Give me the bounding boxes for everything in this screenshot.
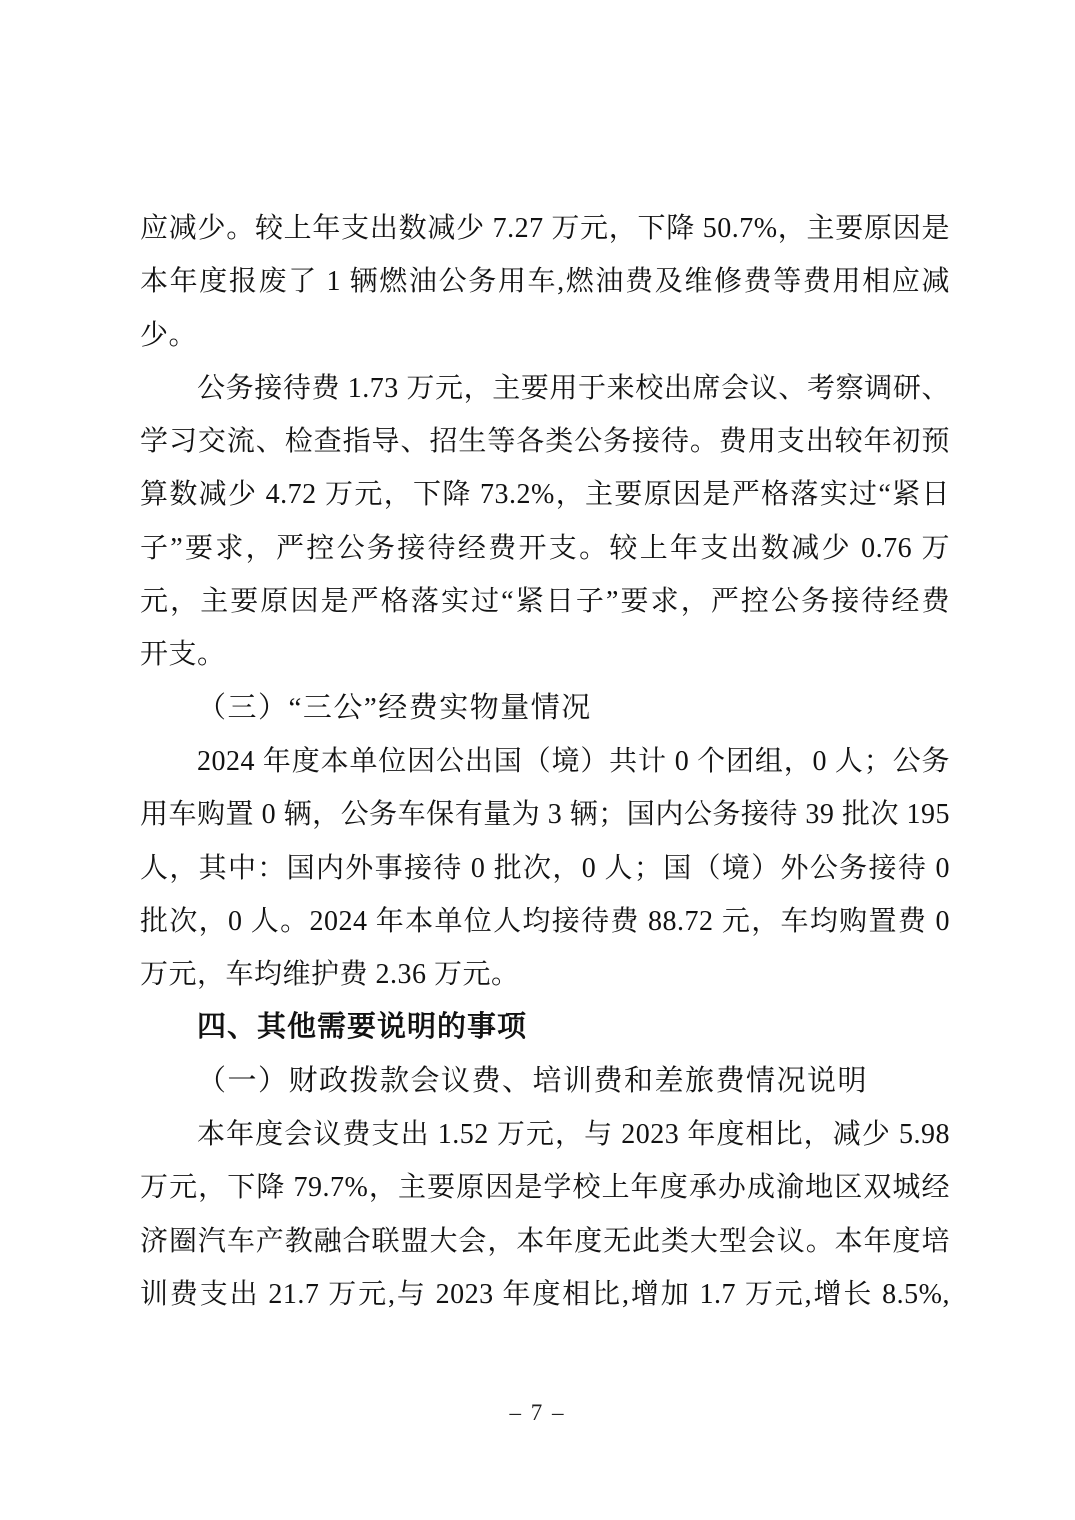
subsection-heading: （一）财政拨款会议费、培训费和差旅费情况说明: [140, 1055, 950, 1108]
paragraph-line: 少。: [140, 309, 950, 362]
paragraph-line: 万元，车均维护费 2.36 万元。: [140, 948, 950, 1001]
paragraph-line: 子”要求，严控公务接待经费开支。较上年支出数减少 0.76 万: [140, 522, 950, 575]
paragraph-line: 训费支出 21.7 万元,与 2023 年度相比,增加 1.7 万元,增长 8.…: [140, 1268, 950, 1321]
paragraph-line: 学习交流、检查指导、招生等各类公务接待。费用支出较年初预: [140, 415, 950, 468]
paragraph-line: 公务接待费 1.73 万元，主要用于来校出席会议、考察调研、: [140, 362, 950, 415]
paragraph-line: 人，其中：国内外事接待 0 批次，0 人；国（境）外公务接待 0: [140, 842, 950, 895]
paragraph-line: 济圈汽车产教融合联盟大会，本年度无此类大型会议。本年度培: [140, 1215, 950, 1268]
paragraph-line: 本年度会议费支出 1.52 万元，与 2023 年度相比，减少 5.98: [140, 1108, 950, 1161]
paragraph-line: 2024 年度本单位因公出国（境）共计 0 个团组，0 人；公务: [140, 735, 950, 788]
paragraph-line: 用车购置 0 辆，公务车保有量为 3 辆；国内公务接待 39 批次 195: [140, 788, 950, 841]
paragraph-line: 开支。: [140, 628, 950, 681]
section-heading: 四、其他需要说明的事项: [140, 1001, 950, 1054]
subsection-heading: （三）“三公”经费实物量情况: [140, 682, 950, 735]
page-number: – 7 –: [0, 1398, 1075, 1428]
paragraph-line: 本年度报废了 1 辆燃油公务用车,燃油费及维修费等费用相应减: [140, 255, 950, 308]
paragraph-line: 算数减少 4.72 万元，下降 73.2%，主要原因是严格落实过“紧日: [140, 468, 950, 521]
paragraph-line: 元，主要原因是严格落实过“紧日子”要求，严控公务接待经费: [140, 575, 950, 628]
document-page: 应减少。较上年支出数减少 7.27 万元，下降 50.7%，主要原因是 本年度报…: [0, 0, 1075, 1520]
paragraph-line: 万元，下降 79.7%，主要原因是学校上年度承办成渝地区双城经: [140, 1161, 950, 1214]
paragraph-line: 应减少。较上年支出数减少 7.27 万元，下降 50.7%，主要原因是: [140, 202, 950, 255]
document-text-block: 应减少。较上年支出数减少 7.27 万元，下降 50.7%，主要原因是 本年度报…: [140, 202, 950, 1321]
paragraph-line: 批次，0 人。2024 年本单位人均接待费 88.72 元，车均购置费 0: [140, 895, 950, 948]
